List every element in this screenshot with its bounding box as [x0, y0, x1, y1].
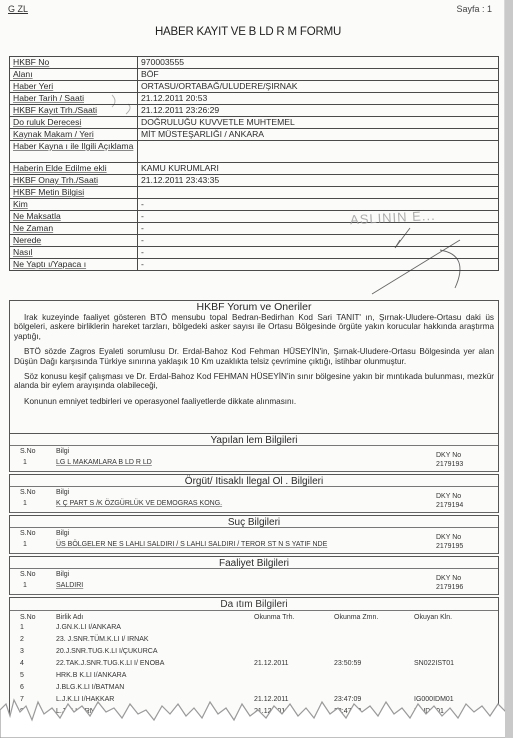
table-row: S.No Bilgi 1 SALDIRI DKY No 2179196 [10, 569, 498, 595]
info-value: 970003555 [138, 57, 499, 69]
section-title: Da ıtım Bilgileri [10, 598, 498, 611]
info-table: HKBF No970003555AlanıBÖFHaber YeriORTASU… [9, 56, 499, 271]
comment-paragraph: Söz konusu keşif çalışması ve Dr. Erdal-… [14, 372, 494, 391]
page-shadow [505, 0, 513, 738]
col-read-time-header: Okunma Zmn. [334, 614, 378, 621]
info-value: 21.12.2011 20:53 [138, 93, 499, 105]
col-bilgi-header: Bilgi [56, 489, 69, 496]
info-value: 21.12.2011 23:43:35 [138, 175, 499, 187]
info-label: Kaynak Makam / Yeri [10, 129, 138, 141]
row-dky: 2179194 [436, 502, 463, 509]
row-sno: 1 [23, 541, 27, 548]
section-title: Yapılan lem Bilgileri [10, 433, 498, 446]
form-title: HABER KAYIT VE B LD R M FORMU [0, 26, 496, 38]
info-value: - [138, 259, 499, 271]
info-label: HKBF Kayıt Trh./Saati [10, 105, 138, 117]
info-row: Haber Tarih / Saati21.12.2011 20:53 [10, 93, 499, 105]
row-unit: 20.J.SNR.TUG.K.LI I/ÇUKURCA [56, 648, 158, 655]
col-reader-header: Okuyan Kln. [414, 614, 452, 621]
row-unit: HRK.B K.LI I/ANKARA [56, 672, 126, 679]
info-row: Ne Zaman- [10, 223, 499, 235]
info-label: Ne Zaman [10, 223, 138, 235]
row-sno: 5 [20, 672, 24, 679]
comments-body: Irak kuzeyinde faaliyet gösteren BTÖ men… [9, 313, 499, 433]
info-label: Haber Yeri [10, 81, 138, 93]
section-title: Suç Bilgileri [10, 515, 498, 528]
row-bilgi: ÜS BÖLGELER NE S LAHLI SALDIRI / S LAHLI… [56, 541, 327, 548]
section-actions: Yapılan lem Bilgileri S.No Bilgi 1 LG L … [9, 433, 499, 472]
info-label: Ne Maksatla [10, 211, 138, 223]
row-unit: 22.TAK.J.SNR.TUG.K.LI I/ ENOBA [56, 660, 164, 667]
info-label: Haber Kayna ı ile Ilgili Açıklama [10, 141, 138, 163]
row-sno: 3 [20, 648, 24, 655]
info-label: Haber Tarih / Saati [10, 93, 138, 105]
row-unit: 23. J.SNR.TÜM.K.LI I/ IRNAK [56, 636, 149, 643]
col-bilgi-header: Bilgi [56, 530, 69, 537]
info-row: Haber YeriORTASU/ORTABAĞ/ULUDERE/ŞIRNAK [10, 81, 499, 93]
page-number: Sayfa : 1 [456, 4, 492, 14]
info-row: Haber Kayna ı ile Ilgili Açıklama [10, 141, 499, 163]
row-bilgi: SALDIRI [56, 582, 83, 589]
col-sno-header: S.No [20, 530, 36, 537]
col-sno-header: S.No [20, 571, 36, 578]
info-row: HKBF Onay Trh./Saati21.12.2011 23:43:35 [10, 175, 499, 187]
col-sno-header: S.No [20, 448, 36, 455]
info-label: Alanı [10, 69, 138, 81]
info-label: Nerede [10, 235, 138, 247]
info-value [138, 187, 499, 199]
distribution-row: 422.TAK.J.SNR.TUG.K.LI I/ ENOBA21.12.201… [10, 660, 498, 670]
col-dky-header: DKY No [436, 493, 461, 500]
info-row: Nerede- [10, 235, 499, 247]
col-dky-header: DKY No [436, 534, 461, 541]
info-label: Do ruluk Derecesi [10, 117, 138, 129]
distribution-row: 5HRK.B K.LI I/ANKARA [10, 672, 498, 682]
info-value: ORTASU/ORTABAĞ/ULUDERE/ŞIRNAK [138, 81, 499, 93]
col-sno-header: S.No [20, 614, 36, 621]
distribution-row: 223. J.SNR.TÜM.K.LI I/ IRNAK [10, 636, 498, 646]
info-row: Nasıl- [10, 247, 499, 259]
col-dky-header: DKY No [436, 575, 461, 582]
info-value: - [138, 247, 499, 259]
row-read-date: 21.12.2011 [254, 660, 289, 667]
comment-paragraph: BTÖ sözde Zagros Eyaleti sorumlusu Dr. E… [14, 347, 494, 366]
col-read-date-header: Okunma Trh. [254, 614, 294, 621]
row-sno: 1 [23, 459, 27, 466]
info-label: Nasıl [10, 247, 138, 259]
row-sno: 1 [20, 624, 24, 631]
classification-mark: G ZL [8, 4, 28, 14]
info-value: - [138, 211, 499, 223]
info-label: Kim [10, 199, 138, 211]
torn-edge [0, 690, 513, 738]
table-row: S.No Bilgi 1 K Ç PART S /K ÖZGÜRLÜK VE D… [10, 487, 498, 513]
section-crime: Suç Bilgileri S.No Bilgi 1 ÜS BÖLGELER N… [9, 515, 499, 554]
table-row: S.No Bilgi 1 LG L MAKAMLARA B LD R LD DK… [10, 446, 498, 472]
col-unit-header: Birlik Adı [56, 614, 83, 621]
info-value: - [138, 223, 499, 235]
row-dky: 2179193 [436, 461, 463, 468]
section-activity: Faaliyet Bilgileri S.No Bilgi 1 SALDIRI … [9, 556, 499, 595]
section-title: Örgüt/ Itisaklı llegal Ol . Bilgileri [10, 474, 498, 487]
col-sno-header: S.No [20, 489, 36, 496]
info-row: Haberin Elde Edilme ekliKAMU KURUMLARI [10, 163, 499, 175]
row-dky: 2179196 [436, 584, 463, 591]
info-value: - [138, 199, 499, 211]
info-row: Kaynak Makam / YeriMİT MÜSTEŞARLIĞI / AN… [10, 129, 499, 141]
comments-section-title: HKBF Yorum ve Oneriler [9, 300, 499, 313]
info-value: DOĞRULUĞU KUVVETLE MUHTEMEL [138, 117, 499, 129]
row-sno: 2 [20, 636, 24, 643]
info-value: 21.12.2011 23:26:29 [138, 105, 499, 117]
info-label: HKBF No [10, 57, 138, 69]
info-value: KAMU KURUMLARI [138, 163, 499, 175]
info-value: MİT MÜSTEŞARLIĞI / ANKARA [138, 129, 499, 141]
info-label: Ne Yaptı ı/Yapaca ı [10, 259, 138, 271]
info-label: Haberin Elde Edilme ekli [10, 163, 138, 175]
col-bilgi-header: Bilgi [56, 448, 69, 455]
info-label: HKBF Metin Bilgisi [10, 187, 138, 199]
info-row: AlanıBÖF [10, 69, 499, 81]
section-title: Faaliyet Bilgileri [10, 556, 498, 569]
table-row: S.No Bilgi 1 ÜS BÖLGELER NE S LAHLI SALD… [10, 528, 498, 554]
document-page: G ZL Sayfa : 1 HABER KAYIT VE B LD R M F… [0, 0, 505, 738]
comment-paragraph: Irak kuzeyinde faaliyet gösteren BTÖ men… [14, 313, 494, 341]
row-bilgi: K Ç PART S /K ÖZGÜRLÜK VE DEMOGRAS KONG. [56, 500, 222, 507]
row-dky: 2179195 [436, 543, 463, 550]
info-value: - [138, 235, 499, 247]
info-value [138, 141, 499, 163]
distribution-row: 320.J.SNR.TUG.K.LI I/ÇUKURCA [10, 648, 498, 658]
info-value: BÖF [138, 69, 499, 81]
row-unit: J.GN.K.LI I/ANKARA [56, 624, 121, 631]
col-dky-header: DKY No [436, 452, 461, 459]
section-organization: Örgüt/ Itisaklı llegal Ol . Bilgileri S.… [9, 474, 499, 513]
row-reader: SN022IST01 [414, 660, 454, 667]
info-row: Ne Yaptı ı/Yapaca ı- [10, 259, 499, 271]
info-row: HKBF Kayıt Trh./Saati21.12.2011 23:26:29 [10, 105, 499, 117]
row-sno: 4 [20, 660, 24, 667]
info-row: HKBF No970003555 [10, 57, 499, 69]
row-sno: 1 [23, 500, 27, 507]
col-bilgi-header: Bilgi [56, 571, 69, 578]
distribution-header-row: S.No Birlik Adı Okunma Trh. Okunma Zmn. … [10, 614, 498, 624]
row-read-time: 23:50:59 [334, 660, 361, 667]
info-row: HKBF Metin Bilgisi [10, 187, 499, 199]
distribution-row: 1J.GN.K.LI I/ANKARA [10, 624, 498, 634]
info-label: HKBF Onay Trh./Saati [10, 175, 138, 187]
row-sno: 1 [23, 582, 27, 589]
comment-paragraph: Konunun emniyet tedbirleri ve operasyone… [14, 397, 494, 406]
info-row: Do ruluk DerecesiDOĞRULUĞU KUVVETLE MUHT… [10, 117, 499, 129]
row-bilgi: LG L MAKAMLARA B LD R LD [56, 459, 152, 466]
